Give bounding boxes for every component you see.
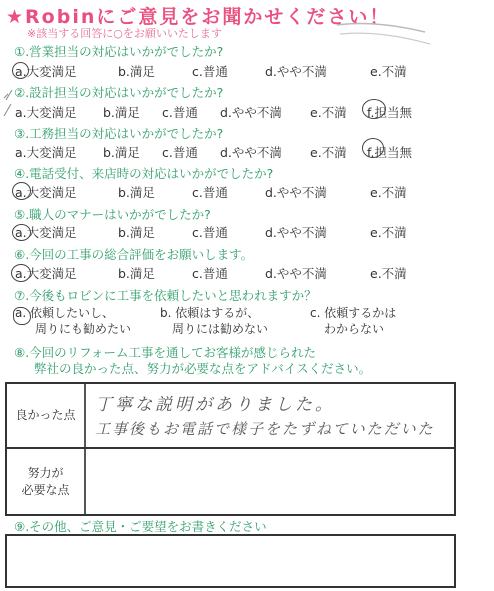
question-5-label: ⑤.職人のマナーはいかがでしたか? [14, 205, 211, 223]
question-6-label: ⑥.今回の工事の総合評価をお願いします。 [14, 245, 253, 263]
q7-option-c[interactable]: c. 依頼するかは わからない [310, 305, 396, 337]
q6-option-c[interactable]: c.普通 [192, 264, 228, 282]
question-8-label-line2: 弊社の良かった点、努力が必要な点をアドバイスください。 [34, 359, 371, 377]
q5-option-c[interactable]: c.普通 [192, 223, 228, 241]
question-9-label: ⑨.その他、ご意見・ご要望をお書きください [14, 517, 267, 535]
question-7-label: ⑦.今後もロビンに工事を依頼したいと思われますか？ [14, 286, 317, 304]
q3-option-d[interactable]: d.やや不満 [220, 143, 282, 161]
q1-option-d[interactable]: d.やや不満 [265, 62, 327, 80]
question-4-label: ④.電話受付、来店時の対応はいかがでしたか? [14, 164, 273, 182]
improvement-answer-field[interactable] [88, 449, 454, 514]
q1-option-a[interactable]: a.大変満足 [15, 62, 77, 80]
q6-option-b[interactable]: b.満足 [118, 264, 155, 282]
q7-option-b[interactable]: b. 依頼はするが、 周りには勧めない [160, 305, 268, 337]
q4-option-b[interactable]: b.満足 [118, 183, 155, 201]
q6-option-a[interactable]: a.大変満足 [15, 264, 77, 282]
q4-option-c[interactable]: c.普通 [192, 183, 228, 201]
q3-option-b[interactable]: b.満足 [103, 143, 140, 161]
q5-option-b[interactable]: b.満足 [118, 223, 155, 241]
question-2-label: ②.設計担当の対応はいかがでしたか? [14, 83, 223, 101]
q2-option-d[interactable]: d.やや不満 [220, 103, 282, 121]
q4-option-e[interactable]: e.不満 [370, 183, 407, 201]
good-points-answer-line2[interactable]: 工事後もお電話で様子をたずねていただいた [95, 418, 435, 439]
q3-option-e[interactable]: e.不満 [310, 143, 347, 161]
feedback-table: 良かった点 丁寧な説明がありました。 工事後もお電話で様子をたずねていただいた … [5, 382, 456, 516]
improvement-label: 努力が 必要な点 [7, 449, 86, 514]
q3-option-a[interactable]: a.大変満足 [15, 143, 77, 161]
q1-option-e[interactable]: e.不満 [370, 62, 407, 80]
q1-option-c[interactable]: c.普通 [192, 62, 228, 80]
other-comments-field[interactable] [5, 534, 456, 588]
q5-option-e[interactable]: e.不満 [370, 223, 407, 241]
q1-option-b[interactable]: b.満足 [118, 62, 155, 80]
q3-option-c[interactable]: c.普通 [162, 143, 198, 161]
q4-option-d[interactable]: d.やや不満 [265, 183, 327, 201]
question-3-label: ③.工務担当の対応はいかがでしたか? [14, 124, 223, 142]
q7-option-a[interactable]: a. 依頼したいし、 周りにも勧めたい [15, 305, 131, 337]
q6-option-d[interactable]: d.やや不満 [265, 264, 327, 282]
q2-option-f[interactable]: f.担当無 [367, 103, 412, 121]
q3-option-f[interactable]: f.担当無 [367, 143, 412, 161]
q5-option-d[interactable]: d.やや不満 [265, 223, 327, 241]
question-1-label: ①.営業担当の対応はいかがでしたか? [14, 42, 223, 60]
good-points-answer-line1[interactable]: 丁寧な説明がありました。 [95, 390, 335, 415]
q6-option-e[interactable]: e.不満 [370, 264, 407, 282]
instruction-note: ※該当する回答に○をお願いいたします [27, 25, 222, 41]
q2-option-c[interactable]: c.普通 [162, 103, 198, 121]
good-points-label: 良かった点 [7, 384, 86, 447]
q2-option-a[interactable]: a.大変満足 [15, 103, 77, 121]
q5-option-a[interactable]: a.大変満足 [15, 223, 77, 241]
q2-option-b[interactable]: b.満足 [103, 103, 140, 121]
q4-option-a[interactable]: a.大変満足 [15, 183, 77, 201]
q2-option-e[interactable]: e.不満 [310, 103, 347, 121]
